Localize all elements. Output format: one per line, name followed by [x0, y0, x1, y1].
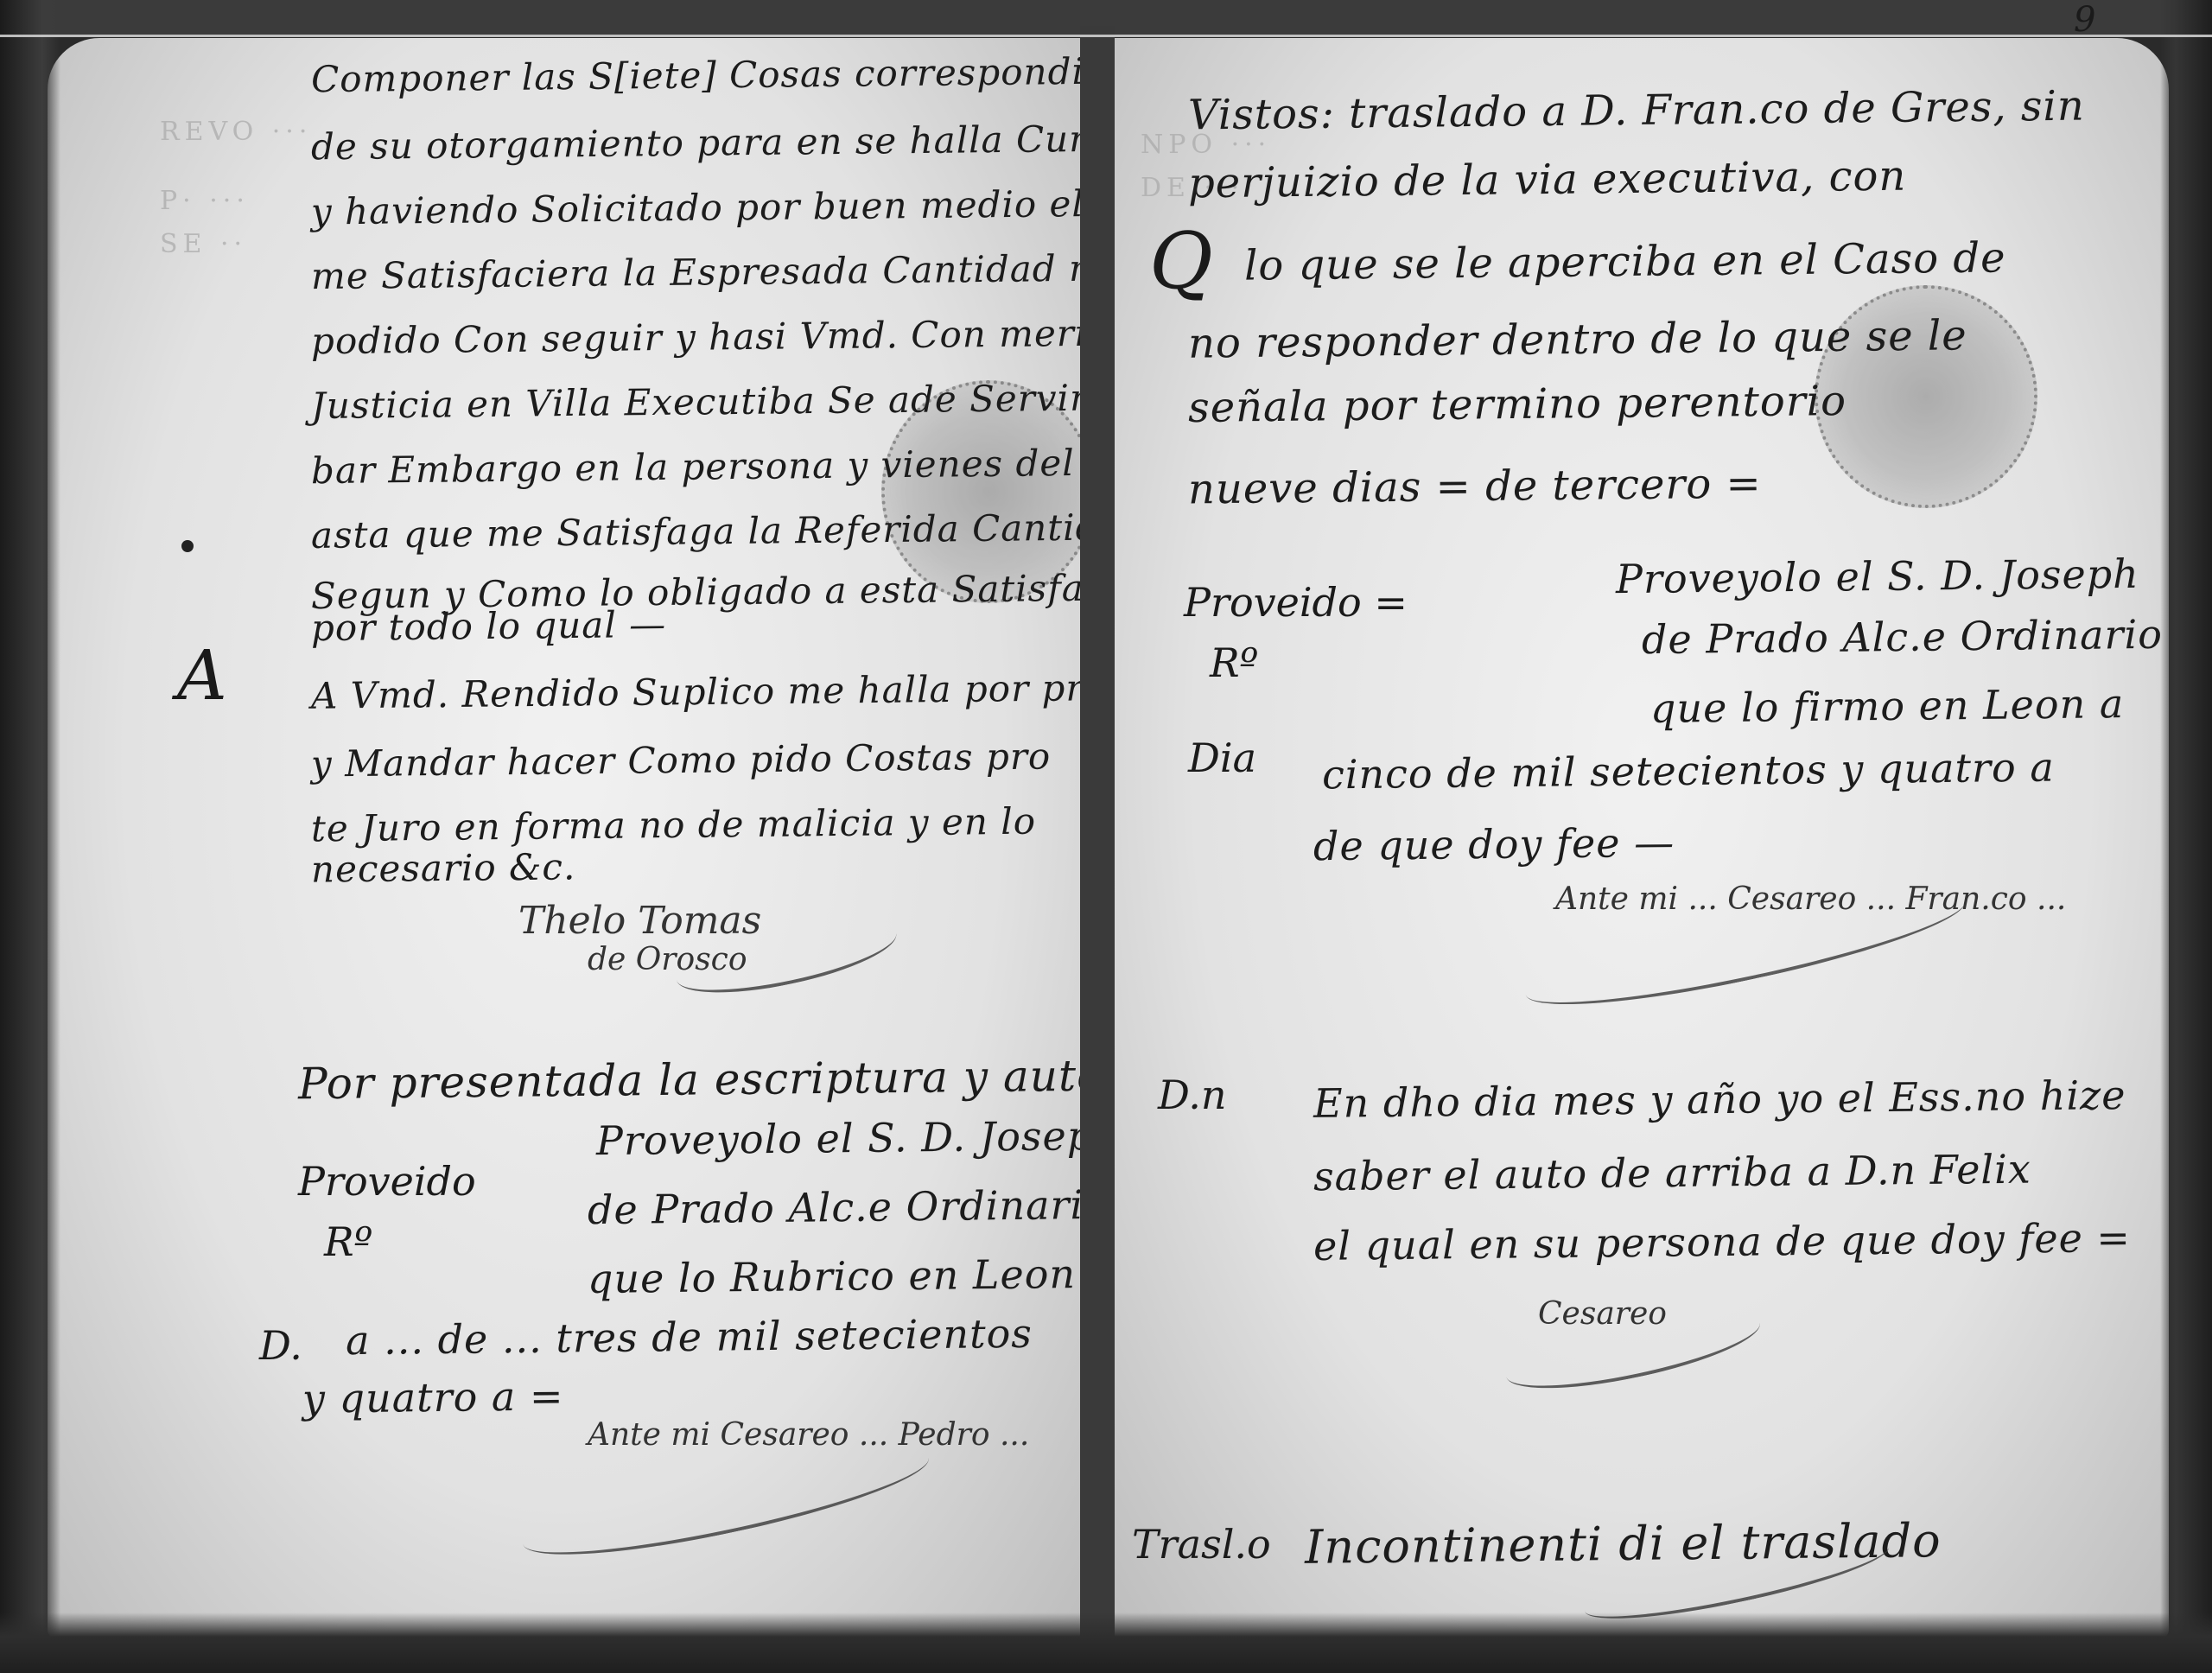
manuscript-line: bar Embargo en la persona y vienes del O…: [311, 441, 1174, 492]
margin-initial: Q: [1149, 216, 1213, 307]
decree-text-line: de Prado Alc.e Ordinario: [1642, 611, 2163, 663]
bleed-through-text: P· ···: [160, 186, 250, 216]
decree-text-line: que lo Rubrico en Leon: [588, 1250, 1077, 1302]
decree-text-line: a ... de ... tres de mil setecientos: [346, 1310, 1033, 1364]
manuscript-line: Vistos: traslado a D. Fran.co de Gres, s…: [1188, 82, 2085, 140]
manuscript-line: perjuizio de la via executiva, con: [1188, 152, 1907, 208]
notice-line: saber el auto de arriba a D.n Felix: [1313, 1146, 2031, 1200]
manuscript-line: me Satisfaciera la Espresada Cantidad no…: [311, 246, 1164, 297]
petitioner-signature: Thelo Tomas: [518, 899, 761, 943]
decree-text-line: de Prado Alc.e Ordinario: [588, 1181, 1109, 1233]
notice-line: el qual en su persona de que doy fee =: [1313, 1214, 2131, 1269]
margin-initial: A: [177, 635, 227, 716]
notice-margin-label: D.n: [1158, 1072, 1227, 1118]
scan-edge-right: [2160, 0, 2212, 1673]
bleed-through-text: SE ··: [160, 229, 247, 259]
manuscript-line: lo que se le aperciba en el Caso de: [1244, 233, 2006, 289]
margin-date: D.: [259, 1322, 302, 1369]
ink-dot: [181, 540, 194, 552]
notary-signature: Ante mi Cesareo ... Pedro ...: [588, 1417, 1029, 1453]
margin-date: Dia: [1188, 735, 1256, 781]
scan-edge-bottom: [0, 1613, 2212, 1673]
margin-label: Proveido =: [1184, 579, 1408, 626]
margin-label: Proveido: [298, 1158, 476, 1205]
manuscript-line: no responder dentro de lo que se le: [1188, 311, 1967, 367]
decree-text-line: Proveyolo el S. D. Joseph: [1616, 550, 2139, 602]
manuscript-line: asta que me Satisfaga la Referida Cantid…: [311, 506, 1147, 557]
decree-text-line: que lo firmo en Leon a: [1650, 680, 2125, 732]
decree-text-line: Proveyolo el S. D. Joseph: [596, 1112, 1120, 1164]
manuscript-line: Justicia en Villa Executiba Se ade Servi…: [311, 376, 1157, 427]
manuscript-line: necesario &c.: [311, 845, 576, 890]
manuscript-line: nueve dias = de tercero =: [1188, 460, 1762, 514]
rubric-mark: Rº: [324, 1218, 372, 1265]
footer-margin-label: Trasl.o: [1132, 1521, 1271, 1568]
scan-edge-left: [0, 0, 60, 1673]
manuscript-line: y Mandar hacer Como pido Costas pro: [311, 735, 1052, 786]
page-gutter: [1080, 26, 1115, 1668]
manuscript-line: señala por termino perentorio: [1188, 377, 1847, 432]
decree-text-line: de que doy fee —: [1313, 819, 1675, 869]
decree-text-line: cinco de mil setecientos y quatro a: [1322, 744, 2055, 798]
notice-line: En dho dia mes y año yo el Ess.no hize: [1313, 1072, 2126, 1127]
manuscript-line: por todo lo qual —: [311, 603, 667, 649]
rubric-mark: Rº: [1210, 639, 1258, 686]
manuscript-line: te Juro en forma no de malicia y en lo: [311, 800, 1036, 850]
decree-heading: Por presentada la escriptura y autos =: [298, 1050, 1179, 1110]
scan-artifact-line: [0, 35, 2212, 37]
decree-text-line: y quatro a =: [302, 1372, 564, 1422]
bleed-through-text: REVO ···: [160, 117, 312, 147]
